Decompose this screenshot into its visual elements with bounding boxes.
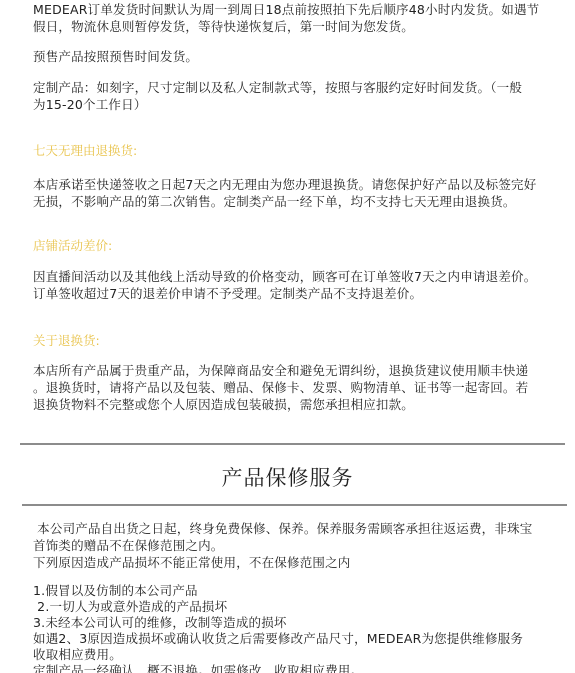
section-heading-price-difference: 店铺活动差价: (33, 237, 112, 254)
section-body-price-difference: 因直播间活动以及其他线上活动导致的价格变动，顾客可在订单签收7天之内申请退差价。… (33, 268, 553, 302)
text-line: 本店承诺至快递签收之日起7天之内无理由为您办理退换货。请您保护好产品以及标签完好 (33, 176, 553, 193)
warranty-item: 2.一切人为或意外造成的产品损坏 (33, 599, 553, 615)
text-line: 退换货物料不完整或您个人原因造成包装破损，需您承担相应扣款。 (33, 396, 553, 413)
divider-bottom (22, 504, 567, 506)
text-line: 定制产品：如刻字，尺寸定制以及私人定制款式等，按照与客服约定好时间发货。（一般 (33, 79, 553, 96)
warranty-item: 3.未经本公司认可的维修，改制等造成的损坏 (33, 615, 553, 631)
warranty-item: 1.假冒以及仿制的本公司产品 (33, 583, 553, 599)
warranty-title: 产品保修服务 (0, 464, 575, 492)
divider-top (20, 443, 565, 445)
text-line: 。退换货时，请将产品以及包装、赠品、保修卡、发票、购物清单、证书等一起寄回。若 (33, 379, 553, 396)
warranty-items: 1.假冒以及仿制的本公司产品 2.一切人为或意外造成的产品损坏 3.未经本公司认… (33, 583, 553, 673)
section-heading-seven-day-return: 七天无理由退换货: (33, 142, 137, 159)
warranty-item: 定制产品一经确认，概不退换。如需修改，收取相应费用。 (33, 663, 553, 673)
text-line: 订单签收超过7天的退差价申请不予受理。定制类产品不支持退差价。 (33, 285, 553, 302)
text-line: 预售产品按照预售时间发货。 (33, 48, 553, 65)
warranty-item: 收取相应费用。 (33, 647, 553, 663)
warranty-intro: 本公司产品自出货之日起，终身免费保修、保养。保养服务需顾客承担往返运费，非珠宝 … (33, 520, 553, 571)
text-line: 假日，物流休息则暂停发货，等待快递恢复后，第一时间为您发货。 (33, 18, 553, 35)
section-heading-about-returns: 关于退换货: (33, 332, 100, 349)
shipping-paragraph-1: MEDEAR订单发货时间默认为周一到周日18点前按照拍下先后顺序48小时内发货。… (33, 1, 553, 35)
text-line: MEDEAR订单发货时间默认为周一到周日18点前按照拍下先后顺序48小时内发货。… (33, 1, 553, 18)
shipping-paragraph-2: 预售产品按照预售时间发货。 (33, 48, 553, 65)
text-line: 本公司产品自出货之日起，终身免费保修、保养。保养服务需顾客承担往返运费，非珠宝 (33, 520, 553, 537)
text-line: 下列原因造成产品损坏不能正常使用，不在保修范围之内 (33, 554, 553, 571)
text-line: 无损，不影响产品的第二次销售。定制类产品一经下单，均不支持七天无理由退换货。 (33, 193, 553, 210)
section-body-about-returns: 本店所有产品属于贵重产品，为保障商品安全和避免无谓纠纷，退换货建议使用顺丰快递 … (33, 362, 553, 413)
text-line: 本店所有产品属于贵重产品，为保障商品安全和避免无谓纠纷，退换货建议使用顺丰快递 (33, 362, 553, 379)
warranty-item: 如遇2、3原因造成损坏或确认收货之后需要修改产品尺寸，MEDEAR为您提供维修服… (33, 631, 553, 647)
text-line: 为15-20个工作日） (33, 96, 553, 113)
text-line: 因直播间活动以及其他线上活动导致的价格变动，顾客可在订单签收7天之内申请退差价。 (33, 268, 553, 285)
shipping-paragraph-3: 定制产品：如刻字，尺寸定制以及私人定制款式等，按照与客服约定好时间发货。（一般 … (33, 79, 553, 113)
text-line: 首饰类的赠品不在保修范围之内。 (33, 537, 553, 554)
section-body-seven-day-return: 本店承诺至快递签收之日起7天之内无理由为您办理退换货。请您保护好产品以及标签完好… (33, 176, 553, 210)
